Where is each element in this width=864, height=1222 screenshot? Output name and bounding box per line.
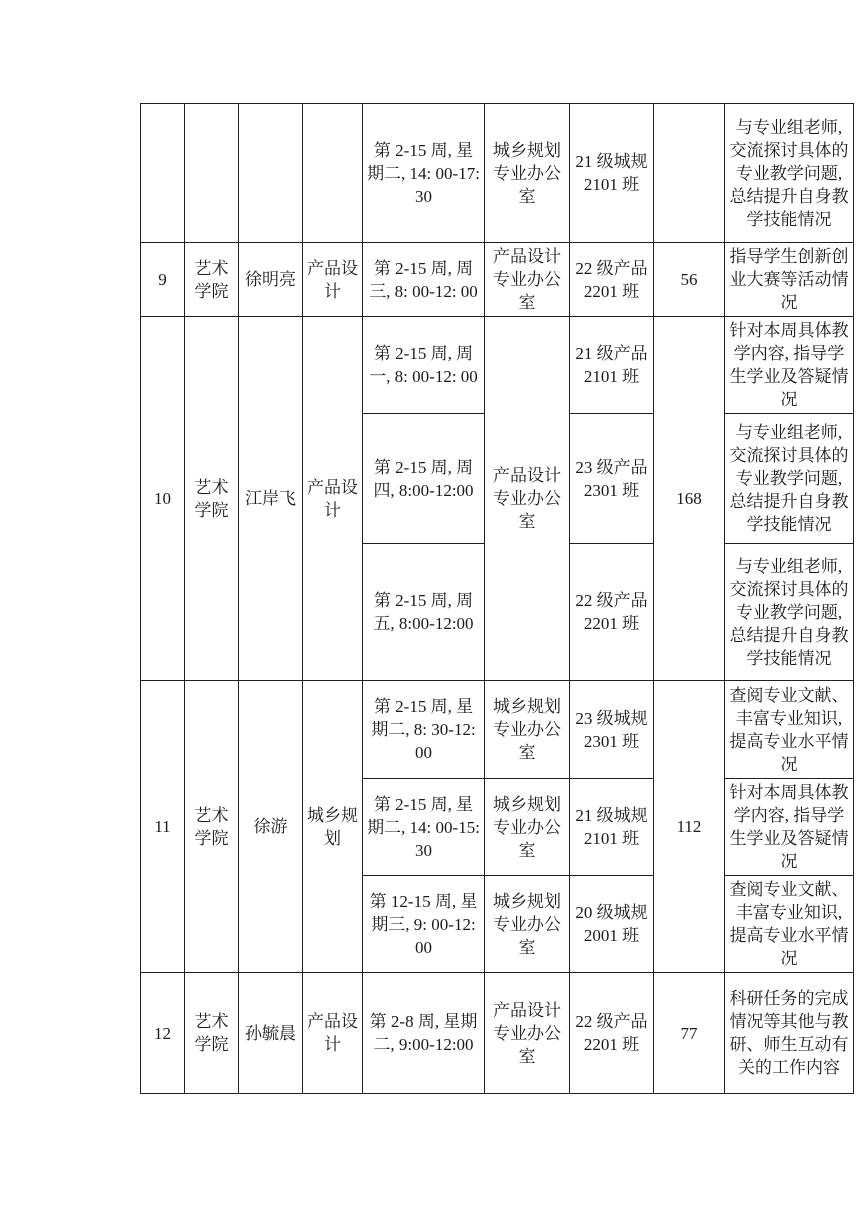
duty-cell: 指导学生创新创业大赛等活动情况 [725, 243, 854, 317]
office-cell: 产品设计专业办公室 [485, 317, 570, 681]
college-cell: 艺术学院 [185, 681, 239, 973]
college-cell: 艺术学院 [185, 973, 239, 1094]
class-cell: 22 级产品 2201 班 [570, 973, 654, 1094]
hours-cell: 168 [654, 317, 725, 681]
duty-cell: 查阅专业文献、丰富专业知识, 提高专业水平情况 [725, 681, 854, 779]
document-page: 第 2-15 周, 星期二, 14: 00-17: 30 城乡规划专业办公室 2… [0, 0, 864, 1222]
duty-cell: 与专业组老师, 交流探讨具体的专业教学问题, 总结提升自身教学技能情况 [725, 104, 854, 243]
teaching-schedule-table: 第 2-15 周, 星期二, 14: 00-17: 30 城乡规划专业办公室 2… [140, 103, 854, 1094]
teacher-cell: 徐游 [239, 681, 303, 973]
office-cell: 城乡规划专业办公室 [485, 779, 570, 876]
hours-cell-empty [654, 104, 725, 243]
hours-cell: 77 [654, 973, 725, 1094]
seq-cell: 9 [141, 243, 185, 317]
duty-cell: 针对本周具体教学内容, 指导学生学业及答疑情况 [725, 779, 854, 876]
time-cell: 第 12-15 周, 星期三, 9: 00-12: 00 [363, 876, 485, 973]
class-cell: 23 级城规 2301 班 [570, 681, 654, 779]
teacher-cell: 孙毓晨 [239, 973, 303, 1094]
duty-cell: 针对本周具体教学内容, 指导学生学业及答疑情况 [725, 317, 854, 414]
class-cell: 21 级城规 2101 班 [570, 104, 654, 243]
major-cell-empty [303, 104, 363, 243]
time-cell: 第 2-15 周, 周四, 8:00-12:00 [363, 414, 485, 544]
college-cell: 艺术学院 [185, 243, 239, 317]
table-row-9: 9 艺术学院 徐明亮 产品设计 第 2-15 周, 周三, 8: 00-12: … [141, 243, 854, 317]
hours-cell: 112 [654, 681, 725, 973]
duty-cell: 查阅专业文献、丰富专业知识, 提高专业水平情况 [725, 876, 854, 973]
duty-cell: 与专业组老师, 交流探讨具体的专业教学问题, 总结提升自身教学技能情况 [725, 544, 854, 681]
office-cell: 产品设计专业办公室 [485, 973, 570, 1094]
table-row-11a: 11 艺术学院 徐游 城乡规划 第 2-15 周, 星期二, 8: 30-12:… [141, 681, 854, 779]
major-cell: 城乡规划 [303, 681, 363, 973]
time-cell: 第 2-15 周, 周三, 8: 00-12: 00 [363, 243, 485, 317]
time-cell: 第 2-15 周, 星期二, 14: 00-15: 30 [363, 779, 485, 876]
seq-cell-empty [141, 104, 185, 243]
college-cell: 艺术学院 [185, 317, 239, 681]
seq-cell: 11 [141, 681, 185, 973]
class-cell: 21 级城规 2101 班 [570, 779, 654, 876]
table-row-10a: 10 艺术学院 江岸飞 产品设计 第 2-15 周, 周一, 8: 00-12:… [141, 317, 854, 414]
time-cell: 第 2-15 周, 星期二, 8: 30-12: 00 [363, 681, 485, 779]
office-cell: 城乡规划专业办公室 [485, 876, 570, 973]
class-cell: 21 级产品 2101 班 [570, 317, 654, 414]
office-cell: 产品设计专业办公室 [485, 243, 570, 317]
time-cell: 第 2-15 周, 周一, 8: 00-12: 00 [363, 317, 485, 414]
class-cell: 22 级产品 2201 班 [570, 243, 654, 317]
teacher-cell: 徐明亮 [239, 243, 303, 317]
table-row-8-continued: 第 2-15 周, 星期二, 14: 00-17: 30 城乡规划专业办公室 2… [141, 104, 854, 243]
time-cell: 第 2-8 周, 星期二, 9:00-12:00 [363, 973, 485, 1094]
class-cell: 20 级城规 2001 班 [570, 876, 654, 973]
seq-cell: 12 [141, 973, 185, 1094]
class-cell: 22 级产品 2201 班 [570, 544, 654, 681]
duty-cell: 科研任务的完成情况等其他与教研、师生互动有关的工作内容 [725, 973, 854, 1094]
major-cell: 产品设计 [303, 973, 363, 1094]
major-cell: 产品设计 [303, 317, 363, 681]
class-cell: 23 级产品 2301 班 [570, 414, 654, 544]
office-cell: 城乡规划专业办公室 [485, 104, 570, 243]
college-cell-empty [185, 104, 239, 243]
hours-cell: 56 [654, 243, 725, 317]
teacher-cell-empty [239, 104, 303, 243]
time-cell: 第 2-15 周, 周五, 8:00-12:00 [363, 544, 485, 681]
time-cell: 第 2-15 周, 星期二, 14: 00-17: 30 [363, 104, 485, 243]
seq-cell: 10 [141, 317, 185, 681]
duty-cell: 与专业组老师, 交流探讨具体的专业教学问题, 总结提升自身教学技能情况 [725, 414, 854, 544]
table-row-12: 12 艺术学院 孙毓晨 产品设计 第 2-8 周, 星期二, 9:00-12:0… [141, 973, 854, 1094]
teacher-cell: 江岸飞 [239, 317, 303, 681]
major-cell: 产品设计 [303, 243, 363, 317]
office-cell: 城乡规划专业办公室 [485, 681, 570, 779]
